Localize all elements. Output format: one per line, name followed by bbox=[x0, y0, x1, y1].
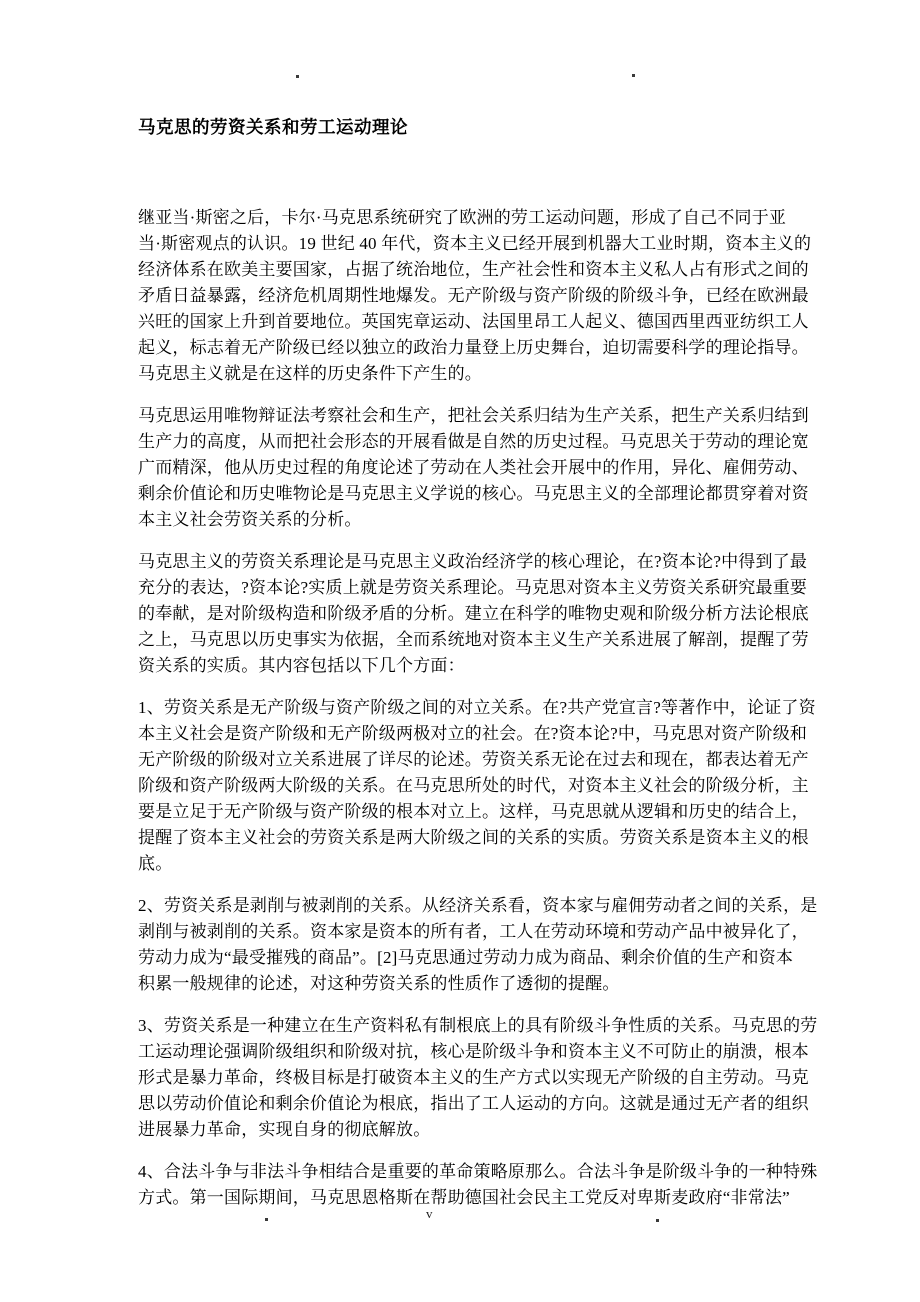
page-speck-top-right bbox=[632, 74, 635, 77]
paragraph-item-3: 3、劳资关系是一种建立在生产资料私有制根底上的具有阶级斗争性质的关系。马克思的劳… bbox=[138, 1013, 798, 1143]
text-line: 广而精深，他从历史过程的角度论述了劳动在人类社会开展中的作用，异化、雇佣劳动、 bbox=[138, 455, 798, 481]
text-line: 经济体系在欧美主要国家，占据了统治地位，生产社会性和资本主义私人占有形式之间的 bbox=[138, 257, 798, 283]
text-line: 本主义社会劳资关系的分析。 bbox=[138, 507, 798, 533]
text-line: 要是立足于无产阶级与资产阶级的根本对立上。这样，马克思就从逻辑和历史的结合上， bbox=[138, 799, 798, 825]
text-line: 生产力的高度，从而把社会形态的开展看做是自然的历史过程。马克思关于劳动的理论宽 bbox=[138, 429, 798, 455]
text-line: 阶级和资产阶级两大阶级的关系。在马克思所处的时代，对资本主义社会的阶级分析，主 bbox=[138, 773, 798, 799]
document-page: { "document": { "title": "马克思的劳资关系和劳工运动理… bbox=[0, 0, 920, 1302]
text-line: 提醒了资本主义社会的劳资关系是两大阶级之间的关系的实质。劳资关系是资本主义的根 bbox=[138, 825, 798, 851]
text-line: 马克思主义的劳资关系理论是马克思主义政治经济学的核心理论，在?资本论?中得到了最 bbox=[138, 549, 798, 575]
text-line: 方式。第一国际期间，马克思恩格斯在帮助德国社会民主工党反对卑斯麦政府“非常法” bbox=[138, 1185, 798, 1211]
text-line: 资关系的实质。其内容包括以下几个方面： bbox=[138, 653, 798, 679]
text-line: 思以劳动价值论和剩余价值论为根底，指出了工人运动的方向。这就是通过无产者的组织 bbox=[138, 1091, 798, 1117]
text-line: 工运动理论强调阶级组织和阶级对抗，核心是阶级斗争和资本主义不可防止的崩溃，根本 bbox=[138, 1039, 798, 1065]
document-title: 马克思的劳资关系和劳工运动理论 bbox=[138, 114, 408, 139]
text-line: 的奉献，是对阶级构造和阶级矛盾的分析。建立在科学的唯物史观和阶级分析方法论根底 bbox=[138, 601, 798, 627]
text-line: 剩余价值论和历史唯物论是马克思主义学说的核心。马克思主义的全部理论都贯穿着对资 bbox=[138, 481, 798, 507]
page-speck-bottom-left bbox=[265, 1218, 268, 1221]
paragraph-intro: 继亚当·斯密之后，卡尔·马克思系统研究了欧洲的劳工运动问题，形成了自己不同于亚 … bbox=[138, 205, 798, 387]
paragraph-item-1: 1、劳资关系是无产阶级与资产阶级之间的对立关系。在?共产党宣言?等著作中，论证了… bbox=[138, 695, 798, 877]
text-line: 之上，马克思以历史事实为依据，全而系统地对资本主义生产关系进展了解剖，提醒了劳 bbox=[138, 627, 798, 653]
text-line: 形式是暴力革命，终极目标是打破资本主义的生产方式以实现无产阶级的自主劳动。马克 bbox=[138, 1065, 798, 1091]
text-line: 进展暴力革命，实现自身的彻底解放。 bbox=[138, 1117, 798, 1143]
text-line: 3、劳资关系是一种建立在生产资料私有制根底上的具有阶级斗争性质的关系。马克思的劳 bbox=[138, 1013, 798, 1039]
text-line: 无产阶级的阶级对立关系进展了详尽的论述。劳资关系无论在过去和现在，都表达着无产 bbox=[138, 747, 798, 773]
text-line: 1、劳资关系是无产阶级与资产阶级之间的对立关系。在?共产党宣言?等著作中，论证了… bbox=[138, 695, 798, 721]
text-line: 劳动力成为“最受摧残的商品”。[2]马克思通过劳动力成为商品、剩余价值的生产和资… bbox=[138, 945, 798, 971]
text-line: 当·斯密观点的认识。19 世纪 40 年代，资本主义已经开展到机器大工业时期，资… bbox=[138, 231, 798, 257]
text-line: 马克思运用唯物辩证法考察社会和生产，把社会关系归结为生产关系，把生产关系归结到 bbox=[138, 403, 798, 429]
text-line: 起义，标志着无产阶级已经以独立的政治力量登上历史舞台，迫切需要科学的理论指导。 bbox=[138, 335, 798, 361]
text-line: 剥削与被剥削的关系。资本家是资本的所有者，工人在劳动环境和劳动产品中被异化了， bbox=[138, 919, 798, 945]
paragraph-item-4: 4、合法斗争与非法斗争相结合是重要的革命策略原那么。合法斗争是阶级斗争的一种特殊… bbox=[138, 1159, 798, 1211]
text-line: 2、劳资关系是剥削与被剥削的关系。从经济关系看，资本家与雇佣劳动者之间的关系，是 bbox=[138, 893, 798, 919]
text-line: 矛盾日益暴露，经济危机周期性地爆发。无产阶级与资产阶级的阶级斗争，已经在欧洲最 bbox=[138, 283, 798, 309]
footer-mark: v bbox=[426, 1206, 433, 1222]
text-line: 本主义社会是资产阶级和无产阶级两极对立的社会。在?资本论?中，马克思对资产阶级和 bbox=[138, 721, 798, 747]
text-line: 底。 bbox=[138, 851, 798, 877]
text-line: 4、合法斗争与非法斗争相结合是重要的革命策略原那么。合法斗争是阶级斗争的一种特殊 bbox=[138, 1159, 798, 1185]
paragraph-item-2: 2、劳资关系是剥削与被剥削的关系。从经济关系看，资本家与雇佣劳动者之间的关系，是… bbox=[138, 893, 798, 997]
paragraph-method: 马克思运用唯物辩证法考察社会和生产，把社会关系归结为生产关系，把生产关系归结到 … bbox=[138, 403, 798, 533]
page-speck-top-left bbox=[296, 75, 299, 78]
text-line: 积累一般规律的论述，对这种劳资关系的性质作了透彻的提醒。 bbox=[138, 971, 798, 997]
page-speck-bottom-right bbox=[656, 1219, 659, 1222]
text-line: 充分的表达，?资本论?实质上就是劳资关系理论。马克思对资本主义劳资关系研究最重要 bbox=[138, 575, 798, 601]
text-line: 兴旺的国家上升到首要地位。英国宪章运动、法国里昂工人起义、德国西里西亚纺织工人 bbox=[138, 309, 798, 335]
paragraph-core-theory: 马克思主义的劳资关系理论是马克思主义政治经济学的核心理论，在?资本论?中得到了最… bbox=[138, 549, 798, 679]
text-line: 继亚当·斯密之后，卡尔·马克思系统研究了欧洲的劳工运动问题，形成了自己不同于亚 bbox=[138, 205, 798, 231]
text-line: 马克思主义就是在这样的历史条件下产生的。 bbox=[138, 361, 798, 387]
